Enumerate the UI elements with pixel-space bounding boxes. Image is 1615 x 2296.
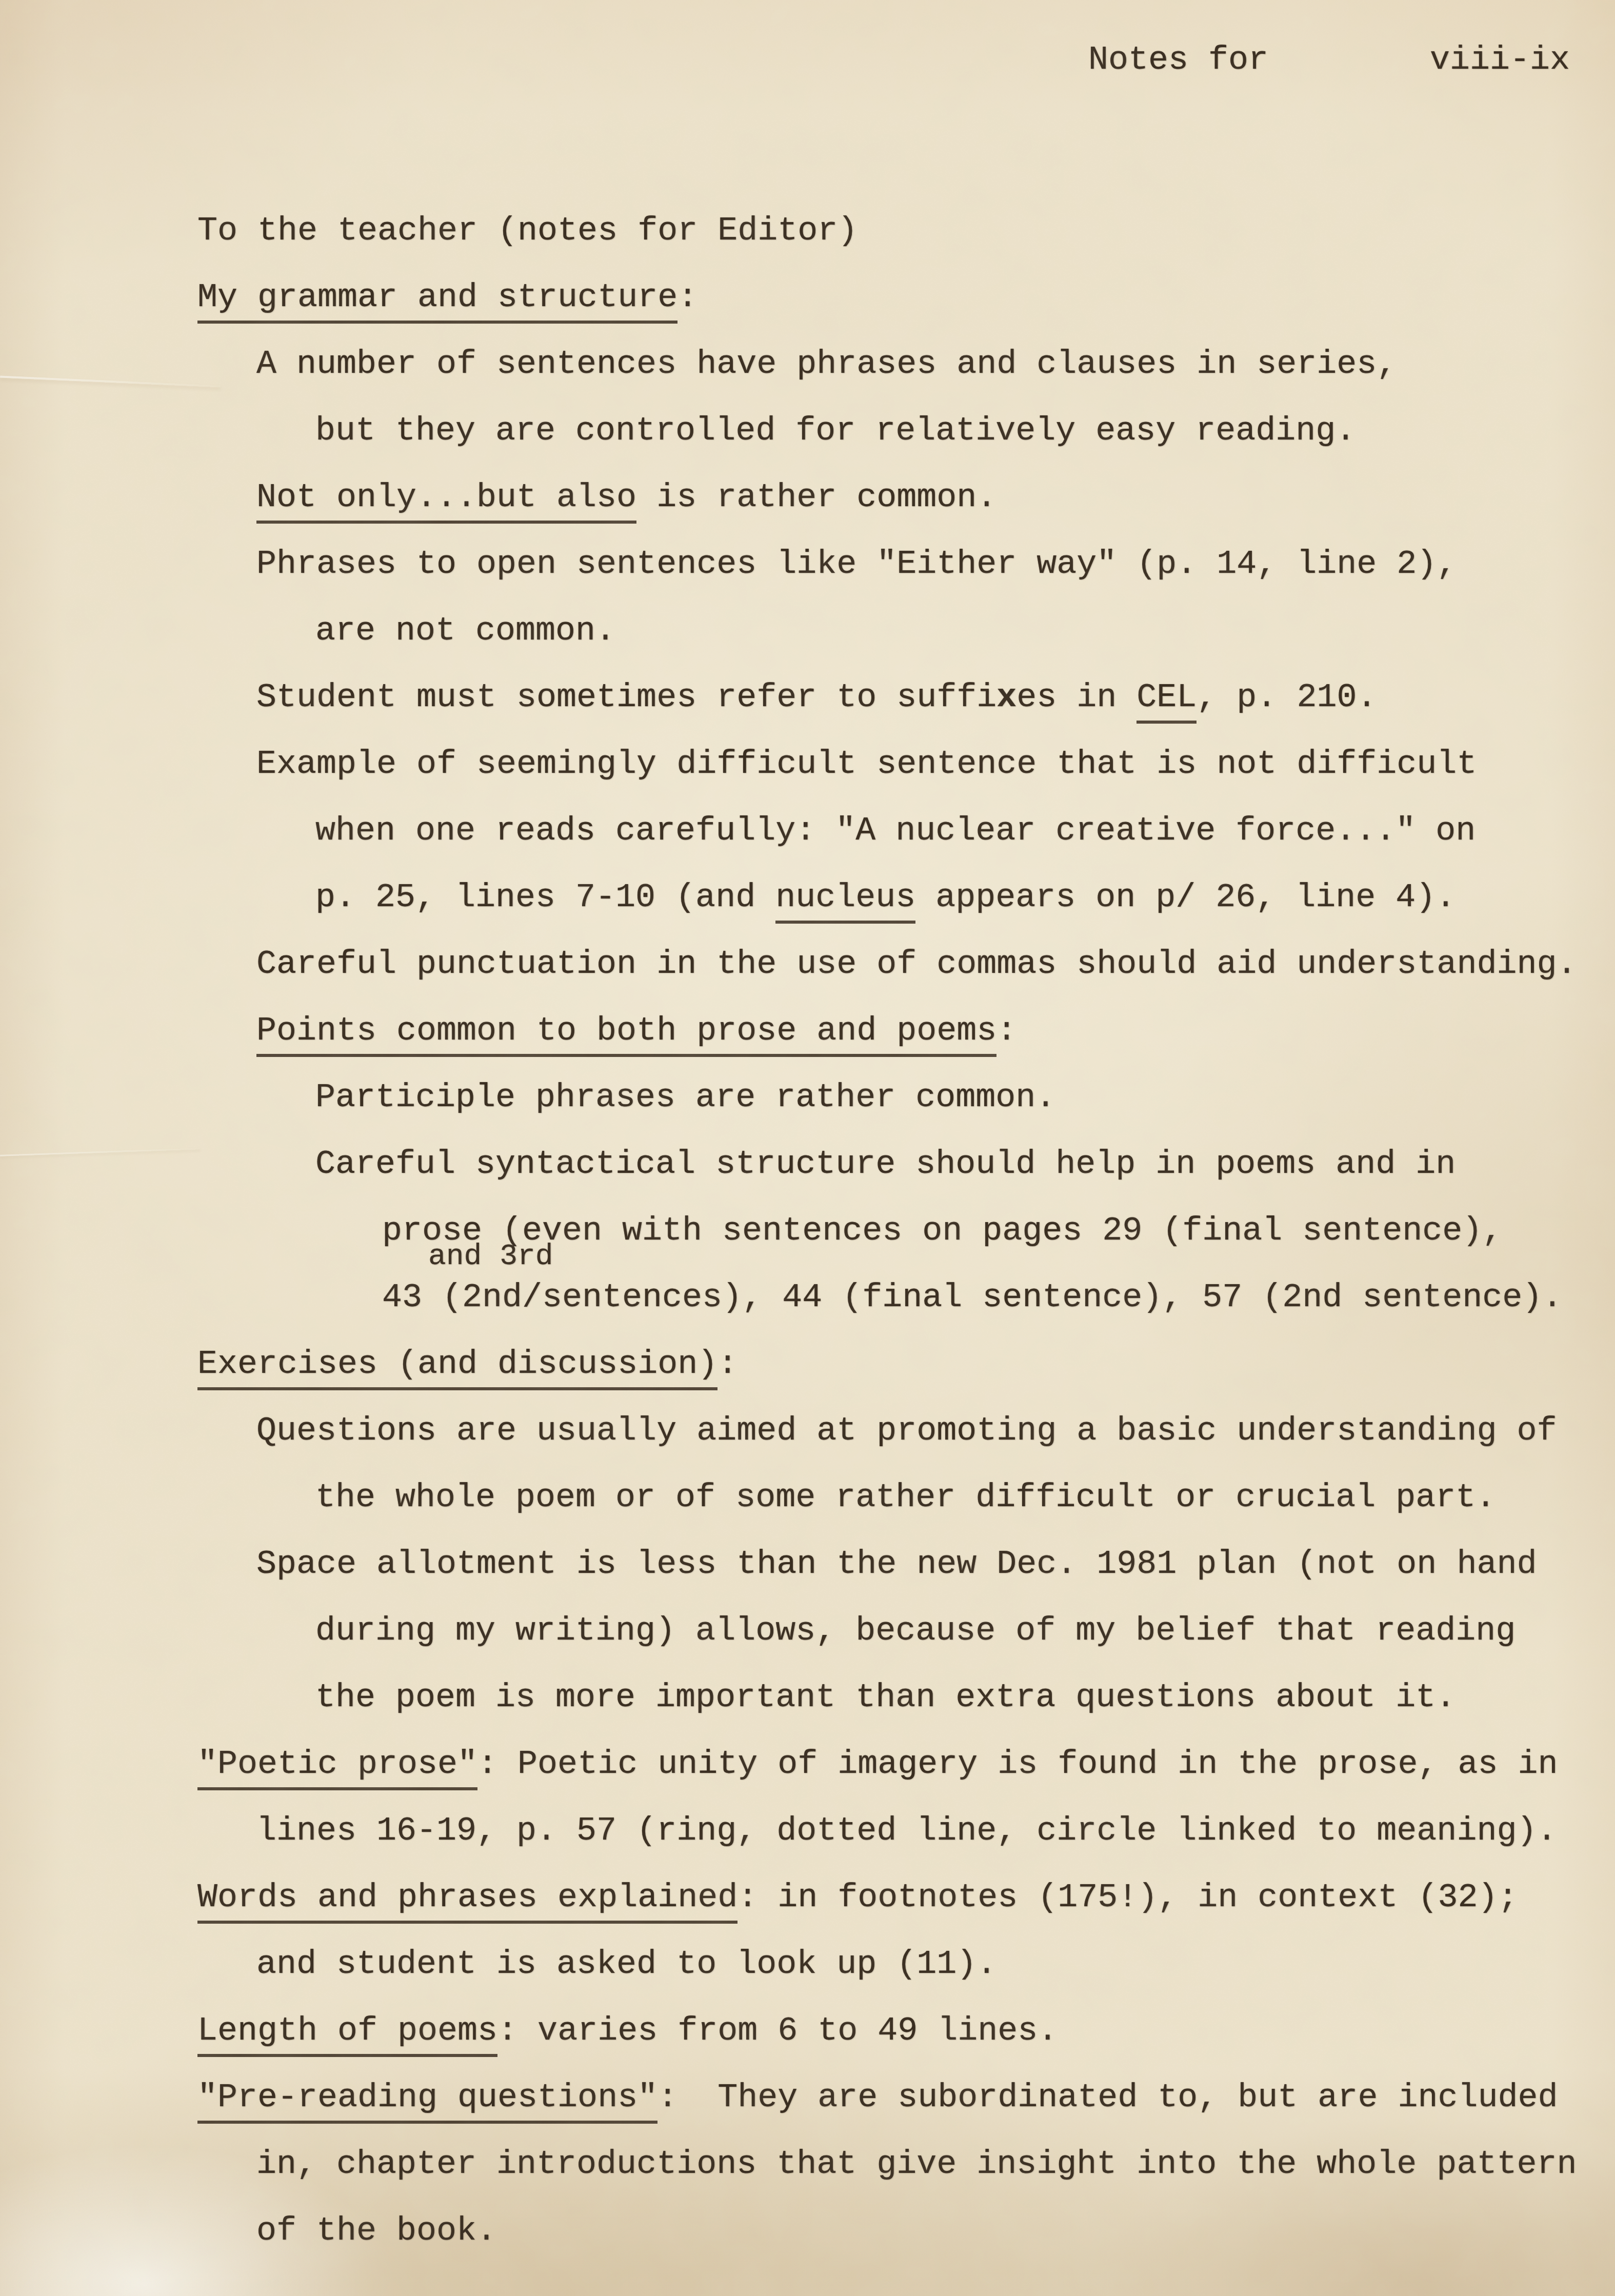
text-line: Not only...but also is rather common.: [256, 474, 996, 524]
text-line: Exercises (and discussion):: [197, 1341, 737, 1390]
text-run: the poem is more important than extra qu…: [315, 1674, 1456, 1721]
paper-crease: [0, 1148, 200, 1156]
document-page: Notes for viii-ix To the teacher (notes …: [0, 0, 1615, 2296]
text-run: Questions are usually aimed at promoting…: [256, 1408, 1557, 1454]
text-run: Phrases to open sentences like "Either w…: [256, 541, 1457, 587]
text-line: My grammar and structure:: [197, 274, 697, 324]
text-run: : varies from 6 to 49 lines.: [497, 2008, 1058, 2054]
underlined-run: nucleus: [775, 874, 915, 924]
underlined-run: Exercises (and discussion): [197, 1341, 717, 1390]
text-run: appears on p/ 26, line 4).: [915, 874, 1456, 921]
text-line: Student must sometimes refer to suffixes…: [256, 674, 1377, 724]
text-run: :: [996, 1008, 1016, 1054]
text-line: when one reads carefully: "A nuclear cre…: [315, 808, 1476, 854]
text-line: Careful syntactical structure should hel…: [315, 1141, 1456, 1187]
underlined-run: My grammar and structure: [197, 274, 677, 324]
text-run: es in: [1016, 674, 1137, 721]
interline-insertion: and 3rd: [428, 1242, 553, 1272]
text-run: Careful syntactical structure should hel…: [315, 1141, 1456, 1187]
text-run: of the book.: [256, 2208, 496, 2254]
text-line: and student is asked to look up (11).: [256, 1941, 996, 1987]
text-line: Careful punctuation in the use of commas…: [256, 941, 1577, 987]
header-title: Notes for: [1088, 37, 1268, 83]
text-line: "Poetic prose": Poetic unity of imagery …: [197, 1741, 1558, 1790]
text-line: Length of poems: varies from 6 to 49 lin…: [197, 2008, 1058, 2057]
text-run: in, chapter introductions that give insi…: [256, 2141, 1577, 2187]
text-run: : in footnotes (175!), in context (32);: [737, 1874, 1518, 1921]
text-run: :: [677, 274, 697, 321]
text-run: are not common.: [315, 608, 615, 654]
text-line: during my writing) allows, because of my…: [315, 1608, 1516, 1654]
text-line: but they are controlled for relatively e…: [315, 408, 1355, 454]
text-line: "Pre-reading questions": They are subord…: [197, 2074, 1558, 2124]
text-line: 43 (2nd/sentences), 44 (final sentence),…: [382, 1274, 1562, 1321]
text-run: Student must sometimes refer to suffi: [256, 674, 996, 721]
text-run: but they are controlled for relatively e…: [315, 408, 1355, 454]
text-run: 43 (2nd/sentences), 44 (final sentence),…: [382, 1274, 1562, 1321]
text-run: , p. 210.: [1197, 674, 1377, 721]
text-line: Example of seemingly difficult sentence …: [256, 741, 1477, 787]
text-run: : Poetic unity of imagery is found in th…: [477, 1741, 1558, 1787]
text-line: Words and phrases explained: in footnote…: [197, 1874, 1518, 1924]
text-line: Phrases to open sentences like "Either w…: [256, 541, 1457, 587]
text-run: :: [717, 1341, 737, 1387]
text-run: To the teacher (notes for Editor): [197, 208, 858, 254]
text-line: Questions are usually aimed at promoting…: [256, 1408, 1557, 1454]
text-run: and student is asked to look up (11).: [256, 1941, 996, 1987]
text-line: A number of sentences have phrases and c…: [256, 341, 1397, 387]
text-line: the whole poem or of some rather difficu…: [315, 1474, 1496, 1521]
text-run: during my writing) allows, because of my…: [315, 1608, 1516, 1654]
text-run: A number of sentences have phrases and c…: [256, 341, 1397, 387]
text-line: in, chapter introductions that give insi…: [256, 2141, 1577, 2187]
underlined-run: Points common to both prose and poems: [256, 1008, 996, 1057]
underlined-run: Words and phrases explained: [197, 1874, 737, 1924]
text-run: the whole poem or of some rather difficu…: [315, 1474, 1496, 1521]
underlined-run: Not only...but also: [256, 474, 636, 524]
text-line: Participle phrases are rather common.: [315, 1074, 1055, 1121]
text-run: is rather common.: [636, 474, 996, 521]
text-line: of the book.: [256, 2208, 496, 2254]
text-run: Participle phrases are rather common.: [315, 1074, 1055, 1121]
text-line: Space allotment is less than the new Dec…: [256, 1541, 1537, 1587]
underlined-run: "Pre-reading questions": [197, 2074, 657, 2124]
underlined-run: Length of poems: [197, 2008, 497, 2057]
text-run: : They are subordinated to, but are incl…: [657, 2074, 1558, 2121]
header-page-ref: viii-ix: [1430, 37, 1570, 83]
text-run: when one reads carefully: "A nuclear cre…: [315, 808, 1476, 854]
overstrike-run: x: [996, 674, 1016, 721]
text-run: Example of seemingly difficult sentence …: [256, 741, 1477, 787]
text-run: Space allotment is less than the new Dec…: [256, 1541, 1537, 1587]
text-line: To the teacher (notes for Editor): [197, 208, 858, 254]
text-run: Careful punctuation in the use of commas…: [256, 941, 1577, 987]
underlined-run: "Poetic prose": [197, 1741, 477, 1790]
paper-crease: [0, 376, 221, 388]
text-run: lines 16-19, p. 57 (ring, dotted line, c…: [256, 1808, 1557, 1854]
underlined-run: CEL: [1137, 674, 1197, 724]
text-line: Points common to both prose and poems:: [256, 1008, 1016, 1057]
text-run: p. 25, lines 7-10 (and: [315, 874, 775, 921]
text-line: lines 16-19, p. 57 (ring, dotted line, c…: [256, 1808, 1557, 1854]
text-line: p. 25, lines 7-10 (and nucleus appears o…: [315, 874, 1456, 924]
text-line: the poem is more important than extra qu…: [315, 1674, 1456, 1721]
text-line: are not common.: [315, 608, 615, 654]
